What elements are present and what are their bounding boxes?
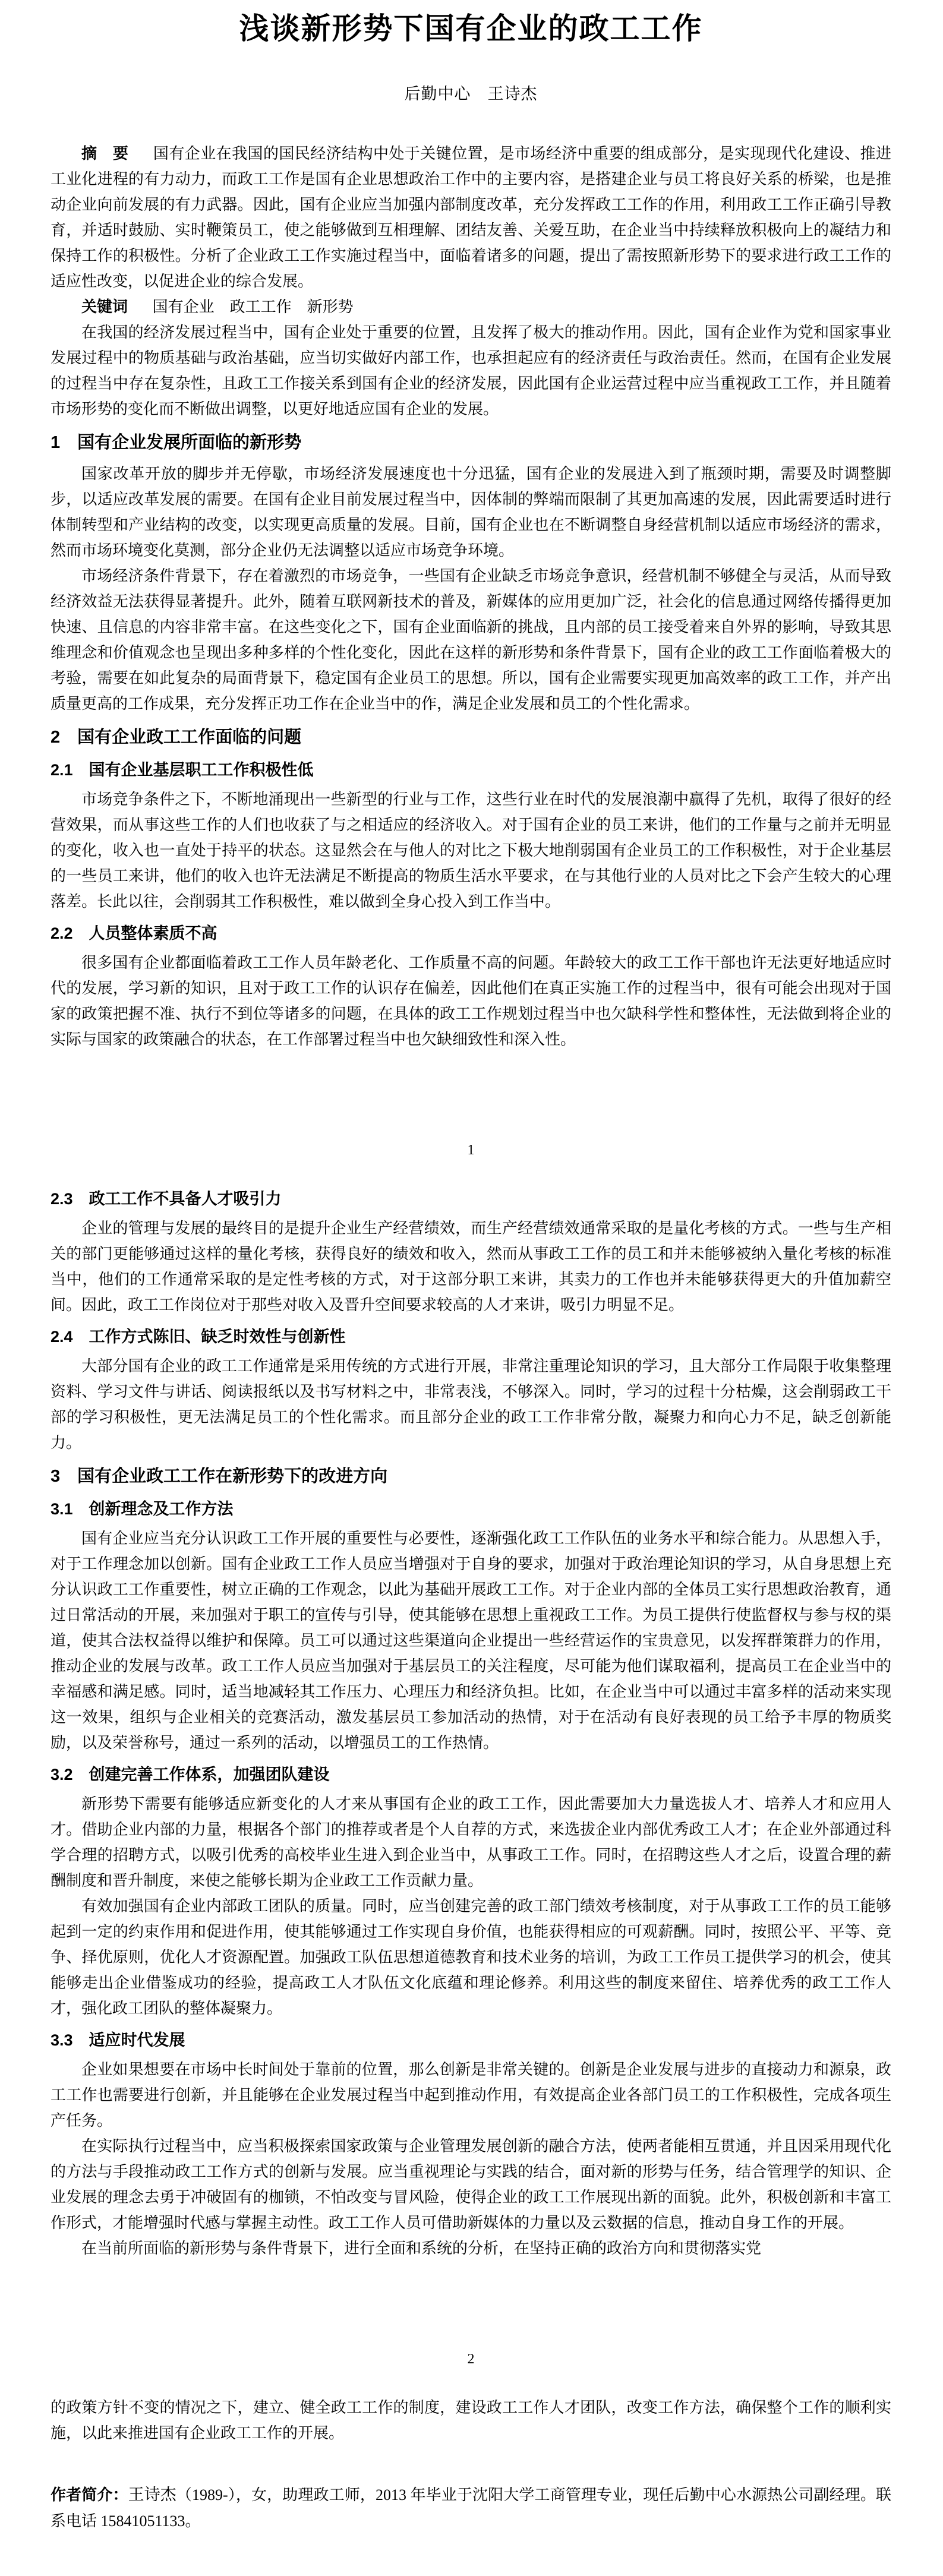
author-bio-name: 王诗杰	[128, 2486, 176, 2504]
section-heading: 3.2 创建完善工作体系，加强团队建设	[51, 1761, 891, 1788]
section-heading: 3.1 创新理念及工作方法	[51, 1496, 891, 1522]
paragraph: 很多国有企业都面临着政工工作人员年龄老化、工作质量不高的问题。年龄较大的政工工作…	[51, 950, 891, 1052]
keywords-text: 国有企业 政工工作 新形势	[153, 298, 354, 315]
abstract-text: 国有企业在我国的国民经济结构中处于关键位置，是市场经济中重要的组成部分，是实现现…	[51, 145, 891, 290]
section-heading: 2.1 国有企业基层职工工作积极性低	[51, 757, 891, 783]
paragraph: 市场竞争条件之下，不断地涌现出一些新型的行业与工作，这些行业在时代的发展浪潮中赢…	[51, 787, 891, 914]
paragraph: 有效加强国有企业内部政工团队的质量。同时，应当创建完善的政工部门绩效考核制度，对…	[51, 1893, 891, 2021]
keywords: 关键词国有企业 政工工作 新形势	[51, 294, 891, 320]
paragraph: 的政策方针不变的情况之下，建立、健全政工工作的制度，建设政工工作人才团队，改变工…	[51, 2395, 891, 2446]
paragraph: 企业的管理与发展的最终目的是提升企业生产经营绩效，而生产经营绩效通常采取的是量化…	[51, 1216, 891, 1318]
section-heading: 2.3 政工工作不具备人才吸引力	[51, 1186, 891, 1212]
paragraph: 新形势下需要有能够适应新变化的人才来从事国有企业的政工工作，因此需要加大力量选拔…	[51, 1791, 891, 1893]
paragraph: 国家改革开放的脚步并无停歇，市场经济发展速度也十分迅猛，国有企业的发展进入到了瓶…	[51, 461, 891, 563]
section-heading: 2.4 工作方式陈旧、缺乏时效性与创新性	[51, 1324, 891, 1350]
page-number: 2	[51, 2350, 891, 2368]
abstract: 摘 要国有企业在我国的国民经济结构中处于关键位置，是市场经济中重要的组成部分，是…	[51, 141, 891, 294]
abstract-label: 摘 要	[81, 144, 128, 162]
paragraph: 在实际执行过程当中，应当积极探索国家政策与企业管理发展创新的融合方法，使两者能相…	[51, 2133, 891, 2236]
paragraph: 在当前所面临的新形势与条件背景下，进行全面和系统的分析，在坚持正确的政治方向和贯…	[51, 2236, 891, 2261]
author-bio-text: （1989-），女，助理政工师，2013 年毕业于沈阳大学工商管理专业，现任后勤…	[51, 2486, 891, 2530]
section-heading: 3 国有企业政工工作在新形势下的改进方向	[51, 1463, 891, 1490]
section-heading: 2 国有企业政工工作面临的问题	[51, 724, 891, 751]
paragraph: 国有企业应当充分认识政工工作开展的重要性与必要性，逐渐强化政工工作队伍的业务水平…	[51, 1526, 891, 1756]
document-page: 浅谈新形势下国有企业的政工工作 后勤中心 王诗杰 摘 要国有企业在我国的国民经济…	[0, 0, 943, 2576]
paragraph: 大部分国有企业的政工工作通常是采用传统的方式进行开展，非常注重理论知识的学习，且…	[51, 1353, 891, 1456]
section-heading: 1 国有企业发展所面临的新形势	[51, 429, 891, 456]
author-bio-label: 作者简介：	[51, 2486, 128, 2504]
section-heading: 3.3 适应时代发展	[51, 2027, 891, 2053]
paragraph: 在我国的经济发展过程当中，国有企业处于重要的位置，且发挥了极大的推动作用。因此，…	[51, 320, 891, 422]
keywords-label: 关键词	[81, 298, 128, 315]
paragraph: 市场经济条件背景下，存在着激烈的市场竞争，一些国有企业缺乏市场竞争意识，经营机制…	[51, 563, 891, 716]
section-heading: 2.2 人员整体素质不高	[51, 920, 891, 946]
paragraph: 企业如果想要在市场中长时间处于靠前的位置，那么创新是非常关键的。创新是企业发展与…	[51, 2057, 891, 2133]
author-line: 后勤中心 王诗杰	[51, 81, 891, 104]
author-bio: 作者简介：王诗杰（1989-），女，助理政工师，2013 年毕业于沈阳大学工商管…	[51, 2482, 891, 2534]
page-number: 1	[51, 1141, 891, 1159]
doc-title: 浅谈新形势下国有企业的政工工作	[51, 12, 891, 45]
document-body: 在我国的经济发展过程当中，国有企业处于重要的位置，且发挥了极大的推动作用。因此，…	[51, 320, 891, 2446]
